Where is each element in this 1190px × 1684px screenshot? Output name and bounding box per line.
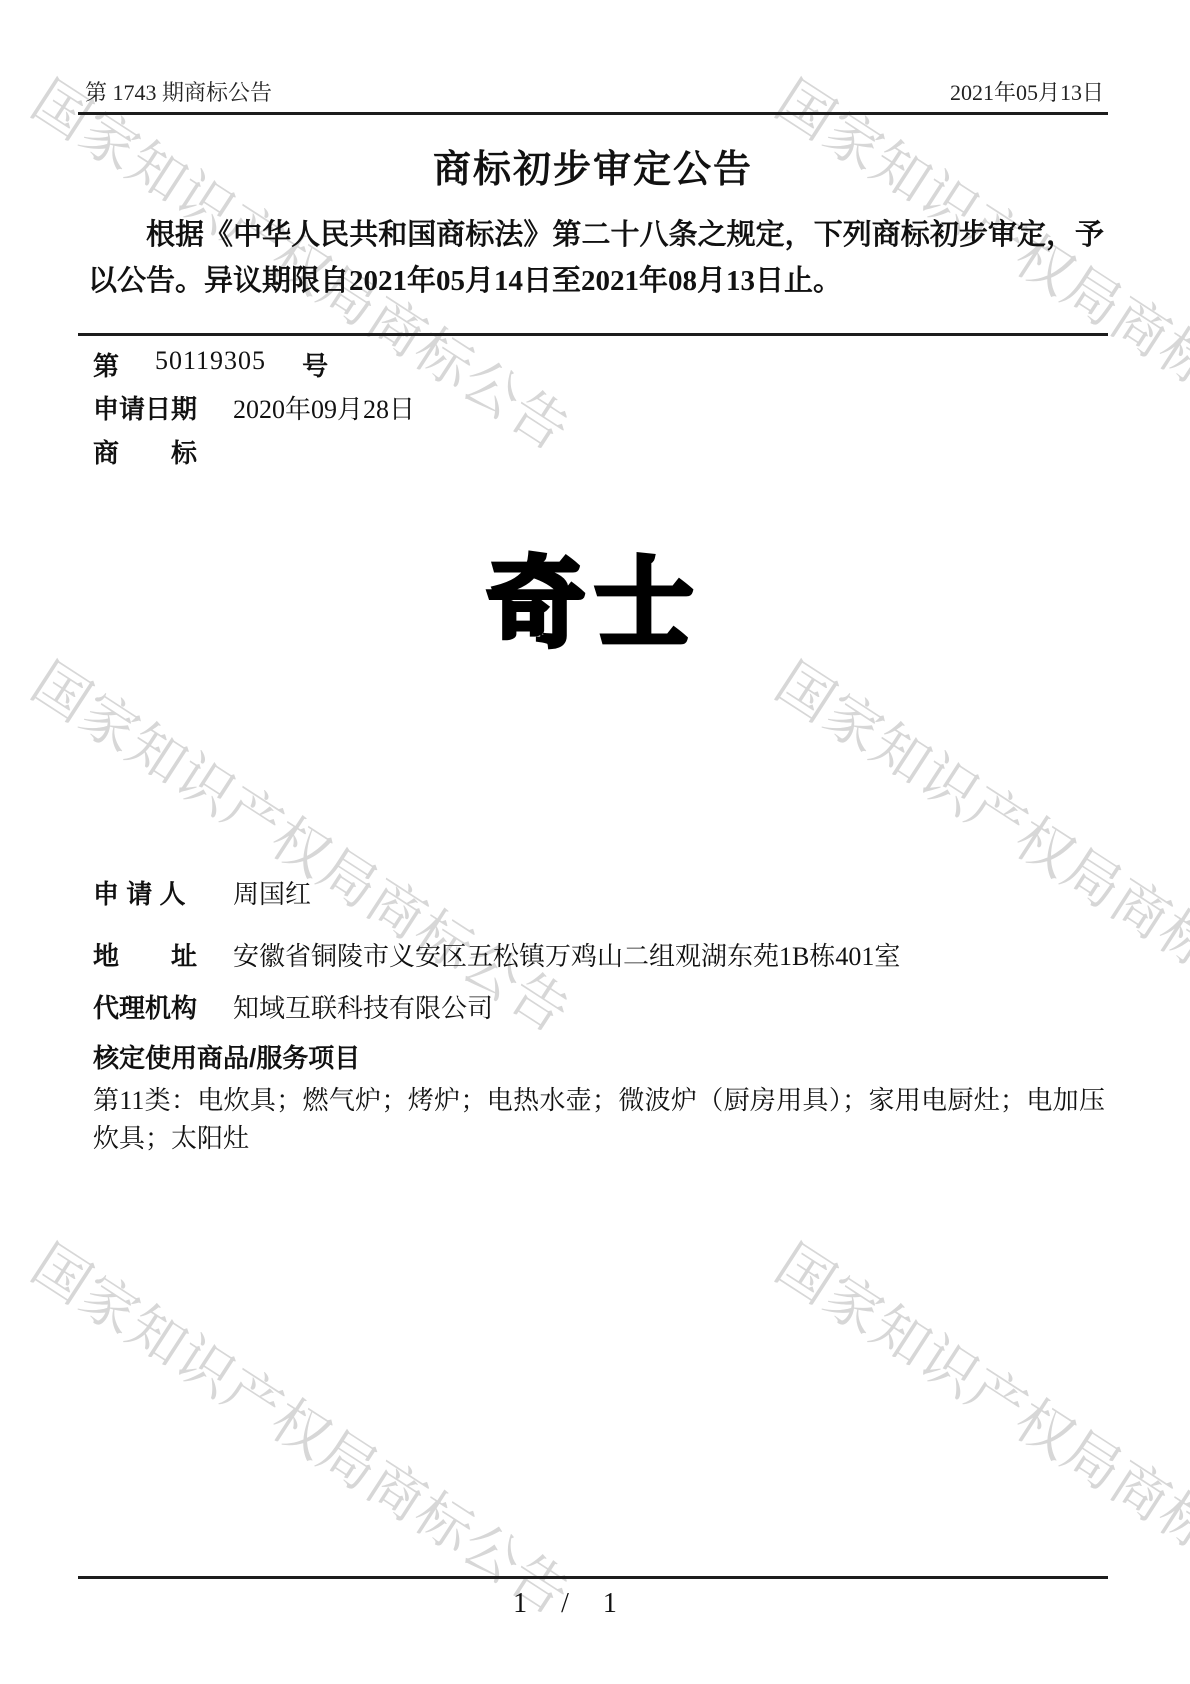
page-title: 商标初步审定公告 xyxy=(78,138,1108,193)
application-date-label: 申请日期 xyxy=(93,389,233,426)
current-page: 1 xyxy=(513,1588,527,1619)
header-divider xyxy=(78,112,1108,115)
registration-number-suffix: 号 xyxy=(302,346,328,383)
page-separator: / xyxy=(561,1588,569,1619)
gazette-issue-label: 第 1743 期商标公告 xyxy=(85,76,272,107)
trademark-label: 商 标 xyxy=(93,433,197,470)
trademark-label-row: 商 标 xyxy=(93,433,1105,470)
agency-label: 代理机构 xyxy=(93,988,233,1025)
application-date-value: 2020年09月28日 xyxy=(233,395,415,424)
registration-number-row: 第50119305号 xyxy=(93,346,1105,383)
gazette-date: 2021年05月13日 xyxy=(950,76,1104,107)
goods-section-heading: 核定使用商品/服务项目 xyxy=(93,1038,360,1075)
address-row: 地 址安徽省铜陵市义安区五松镇万鸡山二组观湖东苑1B栋401室 xyxy=(93,936,1105,973)
application-date-row: 申请日期2020年09月28日 xyxy=(93,389,1105,426)
watermark-text: 国家知识产权局商标公告 xyxy=(762,1222,1190,1631)
trademark-logotype: 奇士 xyxy=(487,548,703,658)
applicant-row: 申 请 人周国红 xyxy=(93,874,1105,911)
agency-row: 代理机构知域互联科技有限公司 xyxy=(93,988,1105,1025)
agency-value: 知域互联科技有限公司 xyxy=(233,994,493,1023)
trademark-image: 奇士 xyxy=(0,548,1190,658)
intro-paragraph: 根据《中华人民共和国商标法》第二十八条之规定，下列商标初步审定，予以公告。异议期… xyxy=(88,212,1104,304)
registration-number: 50119305 xyxy=(155,346,266,375)
total-pages: 1 xyxy=(603,1588,617,1619)
goods-section-heading-row: 核定使用商品/服务项目 xyxy=(93,1038,1105,1075)
applicant-label: 申 请 人 xyxy=(93,874,233,911)
applicant-value: 周国红 xyxy=(233,880,311,909)
page-number: 1/1 xyxy=(0,1588,1160,1620)
address-label: 地 址 xyxy=(93,936,233,973)
footer-divider xyxy=(78,1576,1108,1579)
goods-list: 第11类：电炊具；燃气炉；烤炉；电热水壶；微波炉（厨房用具）；家用电厨灶；电加压… xyxy=(93,1082,1105,1158)
registration-number-prefix: 第 xyxy=(93,346,119,383)
gazette-page: 国家知识产权局商标公告 国家知识产权局商标公告 国家知识产权局商标公告 国家知识… xyxy=(0,0,1190,1684)
watermark-text: 国家知识产权局商标公告 xyxy=(18,1222,587,1631)
fields-divider xyxy=(78,333,1108,336)
address-value: 安徽省铜陵市义安区五松镇万鸡山二组观湖东苑1B栋401室 xyxy=(233,942,900,971)
